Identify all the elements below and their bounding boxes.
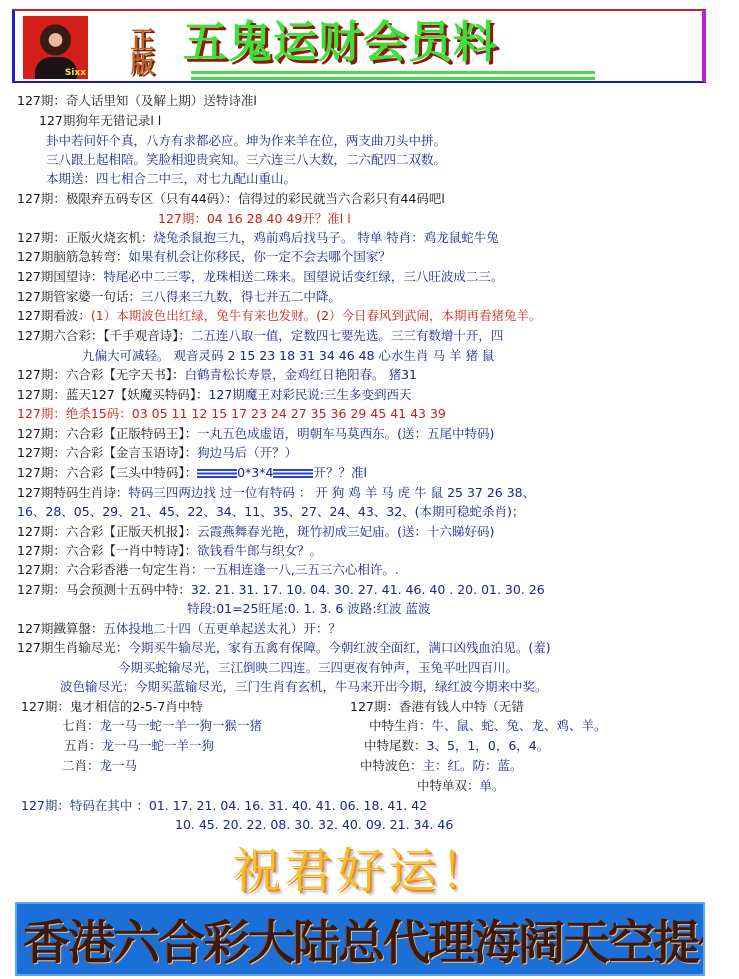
- yixiao-label: 127期：六合彩【一肖中特诗】：: [17, 543, 197, 558]
- brain-text: 如果有机会让你移民，你一定不会去哪个国家？: [128, 249, 391, 264]
- wuzi-label: 127期：六合彩【无字天书】：: [17, 367, 185, 382]
- triple-bar-icon: [197, 469, 237, 478]
- guanyin-label: 127期六合彩：【千手观音诗】：: [17, 328, 191, 343]
- jinyan-text: 狗边马后（开？）: [197, 445, 297, 460]
- guanyin-text-2: 九偏大可减轻。 观音灵码 2 15 23 18 31 34 46 48 心水生肖…: [82, 347, 494, 365]
- fire-text: 烧兔杀鼠抱三九，鸡前鸡后找马子。 特单 特肖：鸡龙鼠蛇牛兔: [153, 230, 498, 245]
- lantian-row: 127期：蓝天127【妖魔买特码】：127期魔王对彩民说:三生多变到西天: [17, 386, 412, 404]
- guanyin-text-1: 二五连八取一值，定数四七要先选。三三有数增十开，四: [191, 328, 504, 343]
- poem-line-2: 三八跟上起相陪。笑脸相迎贵宾知。三六连三八大数，二六配四二双数。: [46, 151, 446, 169]
- tema-in-row: 127期：特码在其中 ：01. 17. 21. 04. 16. 31. 40. …: [21, 797, 427, 815]
- hk-label: 127期：六合彩香港一句定生肖：: [17, 562, 203, 577]
- shuchu-row: 127期生肖输尽光：今期买牛输尽光，家有五禽有保障。今朝红波全面红，满口凶残血泊…: [17, 639, 551, 657]
- mahui-numbers: 32. 21. 31. 17. 10. 04. 30. 27. 41. 46. …: [191, 582, 545, 597]
- limit-numbers: 127期：04 16 28 40 49开？准l l: [158, 210, 351, 228]
- good-luck-banner: 祝君好运！: [232, 832, 492, 901]
- yixiao-row: 127期：六合彩【一肖中特诗】：欲钱看牛郎与织女？。: [17, 542, 322, 560]
- tema-king-label: 127期：六合彩【正版特码王】：: [17, 426, 197, 441]
- tema-in-label: 127期：特码在其中 ：: [21, 798, 149, 813]
- kill-numbers: 03 05 11 12 15 17 23 24 27 35 36 29 45 4…: [132, 406, 446, 421]
- mahui-detail: 特段:01=25旺尾:0. 1. 3. 6 波路:红波 蓝波: [187, 600, 431, 618]
- right-block-row: 中特波色：主：红。防：蓝。: [360, 757, 523, 775]
- footer-text: 香港六合彩大陆总代理海阔天空提供: [23, 906, 705, 973]
- left-block-row: 二肖：龙一马: [62, 757, 137, 775]
- brain-row: 127期脑筋急转弯：如果有机会让你移民，你一定不会去哪个国家？: [17, 248, 391, 266]
- row-value: 龙一马: [100, 758, 138, 773]
- butler-row: 127期管家婆一句话：三八得来三九数，得七并五二中降。: [17, 288, 341, 306]
- kill-label: 127期：绝杀15码：: [17, 406, 132, 421]
- wuzi-text: 白鹤青松长寿景，金鸡红日艳阳春。 猪31: [185, 367, 417, 382]
- row-label: 中特尾数：: [364, 738, 427, 753]
- row-value: 主：红。防：蓝。: [423, 758, 523, 773]
- lantian-label: 127期：蓝天127【妖魔买特码】：: [17, 387, 208, 402]
- row-value: 牛、鼠、蛇、兔、龙、鸡、羊。: [432, 718, 607, 733]
- guowang-row: 127期国望诗：特尾必中二三零，龙珠相送二珠来。国望说话变红绿，三八旺波成二三。: [17, 268, 503, 286]
- tianji-row: 127期：六合彩【正版天机报】：云霞燕舞春光艳，斑竹初成三妃庙。(送：十六睇好码…: [17, 523, 494, 541]
- footer-banner: 香港六合彩大陆总代理海阔天空提供: [15, 902, 705, 976]
- hk-text: 一五相连逢一八,三五三六心相许。.: [203, 562, 398, 577]
- boshu-text: 今期买蓝输尽光，三门生肖有玄机，牛马来开出今期，绿红波今期来中奖。: [135, 679, 548, 694]
- row-label: 二肖：: [62, 758, 100, 773]
- kill-row: 127期：绝杀15码：03 05 11 12 15 17 23 24 27 35…: [17, 405, 446, 423]
- boshu-label: 波色输尽光：: [60, 679, 135, 694]
- left-block-row: 七肖：龙一马一蛇一羊一狗一猴一猪: [62, 717, 262, 735]
- brain-label: 127期脑筋急转弯：: [17, 249, 128, 264]
- tianji-label: 127期：六合彩【正版天机报】：: [17, 524, 197, 539]
- row-label: 中特单双：: [417, 778, 480, 793]
- shuchu-text-2: 今期买蛇输尽光，三江倒映二四连。三四更夜有钟声，玉兔平吐四百川。: [118, 659, 518, 677]
- right-block-row: 中特尾数：3、5，1，0，6，4。: [364, 737, 549, 755]
- guowang-label: 127期国望诗：: [17, 269, 103, 284]
- left-block-row: 五肖：龙一马一蛇一羊一狗: [64, 737, 214, 755]
- left-block-title: 127期：鬼才相信的2-5-7肖中特: [21, 698, 203, 716]
- tiesuan-row: 127期鐵算盤：五体投地二十四（五更单起送太礼）开：？: [17, 620, 341, 638]
- guanyin-row: 127期六合彩：【千手观音诗】：二五连八取一值，定数四七要先选。三三有数增十开，…: [17, 327, 503, 345]
- right-block-title: 127期：香港有钱人中特（无错: [350, 698, 524, 716]
- jinyan-row: 127期：六合彩【金言玉语诗】：狗边马后（开？）: [17, 444, 297, 462]
- tema-in-line-1: 01. 17. 21. 04. 16. 31. 40. 41. 06. 18. …: [149, 798, 427, 813]
- page-title: 五鬼运财会员料: [183, 17, 498, 69]
- avatar-tag: Sixx: [65, 68, 86, 78]
- badge-zhengban: 正版: [127, 27, 153, 77]
- fire-label: 127期：正版火烧玄机：: [17, 230, 153, 245]
- row-label: 七肖：: [62, 718, 100, 733]
- santou-label: 127期：六合彩【三头中特码】：: [17, 465, 197, 480]
- tiesuan-label: 127期鐵算盤：: [17, 621, 103, 636]
- fire-row: 127期：正版火烧玄机：烧兔杀鼠抱三九，鸡前鸡后找马子。 特单 特肖：鸡龙鼠蛇牛…: [17, 229, 499, 247]
- shengxiao-text-1: 特码三四两边找 过一位有特码 ： 开 狗 鸡 羊 马 虎 牛 鼠 25 37 2…: [128, 485, 535, 500]
- wave-text: (1）本期波色出红绿，兔牛有来也发财。(2）今日春风到武闹，本期再看猪兔羊。: [91, 308, 542, 323]
- tianji-text: 云霞燕舞春光艳，斑竹初成三妃庙。(送：十六睇好码): [197, 524, 494, 539]
- triple-bar-icon: [273, 469, 313, 478]
- jinyan-label: 127期：六合彩【金言玉语诗】：: [17, 445, 197, 460]
- poem-line-1: 卦中若问奸个真，八方有求都必应。坤为作来羊在位，两支曲刀头中拼。: [46, 132, 446, 150]
- guowang-text: 特尾必中二三零，龙珠相送二珠来。国望说话变红绿，三八旺波成二三。: [103, 269, 503, 284]
- row-value: 龙一马一蛇一羊一狗: [102, 738, 215, 753]
- title-underline: [191, 71, 595, 74]
- shengxiao-row: 127期特码生肖诗：特码三四两边找 过一位有特码 ： 开 狗 鸡 羊 马 虎 牛…: [17, 484, 535, 502]
- boshu-row: 波色输尽光：今期买蓝输尽光，三门生肖有玄机，牛马来开出今期，绿红波今期来中奖。: [60, 678, 548, 696]
- poem-line-3: 本期送：四七相合二中三，对七九配山重山。: [46, 170, 296, 188]
- butler-text: 三八得来三九数，得七并五二中降。: [141, 289, 341, 304]
- row-value: 单。: [480, 778, 505, 793]
- mahui-label: 127期：马会预测十五码中特：: [17, 582, 191, 597]
- tiesuan-text: 五体投地二十四（五更单起送太礼）开：？: [103, 621, 341, 636]
- tema-king-text: 一丸五色成虚语，明朝车马莫西东。(送：五尾中特码): [197, 426, 494, 441]
- tema-king-row: 127期：六合彩【正版特码王】：一丸五色成虚语，明朝车马莫西东。(送：五尾中特码…: [17, 425, 494, 443]
- header-banner: Sixx 正版 五鬼运财会员料: [12, 9, 706, 83]
- yixiao-text: 欲钱看牛郎与织女？。: [197, 543, 322, 558]
- row-label: 中特生肖：: [369, 718, 432, 733]
- butler-label: 127期管家婆一句话：: [17, 289, 141, 304]
- limit-label: 127期：极限弃五码专区（只有44码）：信得过的彩民就当六合彩只有44码吧l: [17, 190, 445, 208]
- avatar: Sixx: [23, 16, 88, 79]
- shuchu-text-1: 今期买牛输尽光，家有五禽有保障。今朝红波全面红，满口凶残血泊见。(羞): [128, 640, 550, 655]
- right-block-row: 中特生肖：牛、鼠、蛇、兔、龙、鸡、羊。: [369, 717, 607, 735]
- row-label: 中特波色：: [360, 758, 423, 773]
- row-value: 龙一马一蛇一羊一狗一猴一猪: [100, 718, 263, 733]
- lantian-text: 127期魔王对彩民说:三生多变到西天: [208, 387, 411, 402]
- santou-suffix: 开？？准l: [313, 465, 366, 480]
- row-value: 3、5，1，0，6，4。: [427, 738, 550, 753]
- right-block-row: 中特单双：单。: [417, 777, 505, 795]
- santou-code: 0*3*4: [237, 465, 273, 480]
- mahui-row: 127期：马会预测十五码中特：32. 21. 31. 17. 10. 04. 3…: [17, 581, 545, 599]
- row-label: 五肖：: [64, 738, 102, 753]
- wave-label: 127期看波：: [17, 308, 91, 323]
- record-line: 127期狗年无错记录l l: [39, 112, 161, 130]
- shengxiao-text-2: 16、28、05、29、21、45、22、34、11、35、27、24、43、3…: [17, 503, 524, 521]
- santou-row: 127期：六合彩【三头中特码】：0*3*4开？？准l: [17, 464, 367, 482]
- title-underline-2: [191, 77, 595, 80]
- shengxiao-label: 127期特码生肖诗：: [17, 485, 128, 500]
- shuchu-label: 127期生肖输尽光：: [17, 640, 128, 655]
- wave-row: 127期看波：(1）本期波色出红绿，兔牛有来也发财。(2）今日春风到武闹，本期再…: [17, 307, 542, 325]
- poem-title: 127期：奇人话里知（及解上期）送特诗准l: [17, 92, 257, 110]
- wuzi-row: 127期：六合彩【无字天书】：白鹤青松长寿景，金鸡红日艳阳春。 猪31: [17, 366, 417, 384]
- hk-row: 127期：六合彩香港一句定生肖：一五相连逢一八,三五三六心相许。.: [17, 561, 399, 579]
